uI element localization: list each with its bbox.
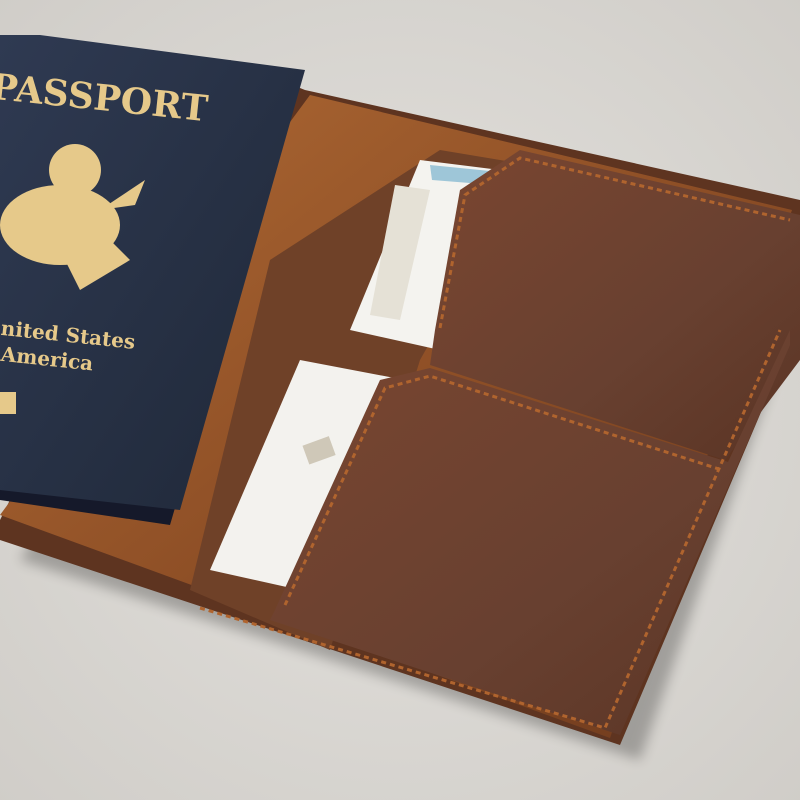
- passport-wallet-illustration: PASSPORT nited States America: [0, 0, 800, 800]
- chip-symbol-icon: [0, 392, 16, 414]
- product-photo: PASSPORT nited States America: [0, 0, 800, 800]
